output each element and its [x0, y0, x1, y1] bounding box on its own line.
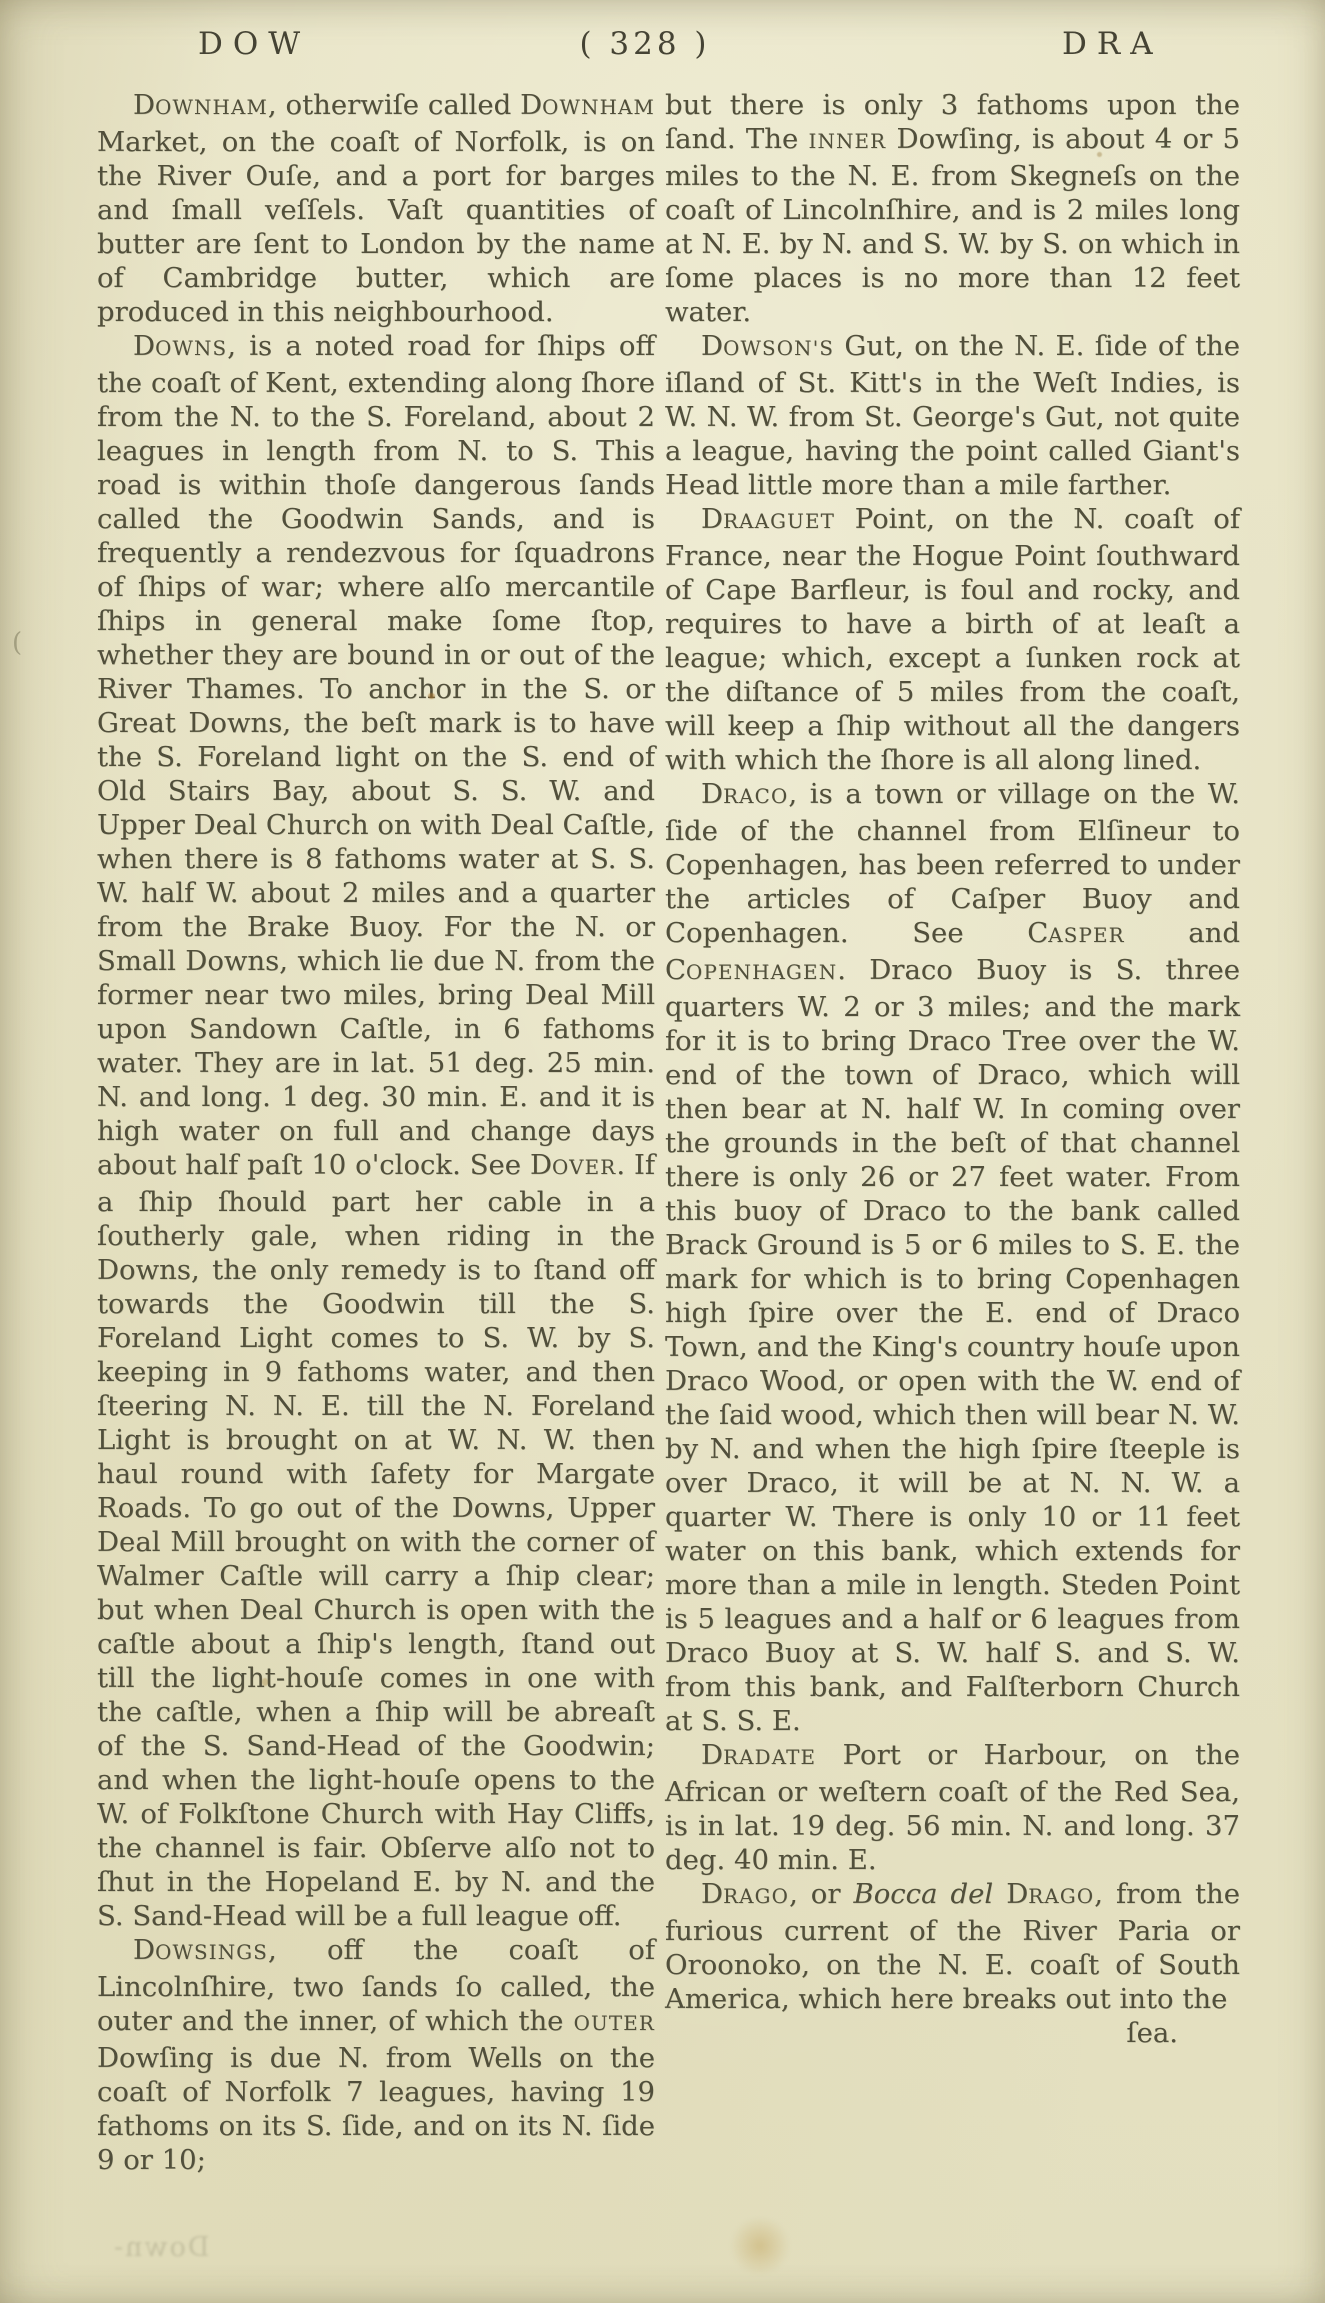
margin-ink-mark: (	[12, 628, 22, 658]
headword: Dowson's	[701, 330, 834, 362]
dictionary-entry: Drago, or Bocca del Drago, from the furi…	[665, 1877, 1240, 2016]
dictionary-entry: Downs, is a noted road for ſhips off the…	[97, 329, 655, 1933]
dictionary-entry: Draco, is a town or village on the W. ſi…	[665, 777, 1240, 1738]
text-column-right: but there is only 3 fathoms upon the ſan…	[665, 88, 1240, 2248]
dictionary-entry: Dowson's Gut, on the N. E. ſide of the i…	[665, 329, 1240, 502]
showthrough-ghost-text: Down-	[112, 2232, 210, 2263]
smallcaps-word: outer	[574, 2012, 655, 2035]
dictionary-entry: Dowsings, off the coaſt of Lincolnſhire,…	[97, 1933, 655, 2177]
running-head: DOW ( 328 ) DRA	[0, 26, 1325, 76]
scanned-book-page: DOW ( 328 ) DRA Downham, otherwiſe calle…	[0, 0, 1325, 2303]
headword: Draco	[701, 778, 788, 810]
dictionary-entry: Dradate Port or Harbour, on the African …	[665, 1738, 1240, 1877]
catchword: ſea.	[665, 2016, 1240, 2050]
headword: Downham	[133, 89, 268, 121]
headword: Dradate	[701, 1739, 816, 1771]
headword: Drago	[701, 1878, 789, 1910]
page-number: ( 328 )	[530, 26, 760, 62]
headword: Dowsings	[133, 1934, 268, 1966]
headword: Draaguet	[701, 503, 835, 535]
running-head-left-catchword: DOW	[198, 26, 310, 62]
headword: Copenhagen	[665, 954, 837, 986]
headword: Downham	[520, 89, 655, 121]
paper-speck	[428, 693, 435, 699]
paper-speck	[262, 1678, 268, 1686]
italic-phrase: Bocca del	[854, 1878, 994, 1910]
dictionary-entry: Draaguet Point, on the N. coaſt of Franc…	[665, 502, 1240, 777]
headword: Downs	[133, 330, 227, 362]
headword: Casper	[1027, 917, 1125, 949]
dictionary-entry: Downham, otherwiſe called Downham Market…	[97, 88, 655, 329]
headword: Dover	[530, 1149, 616, 1181]
entry-continuation: but there is only 3 fathoms upon the ſan…	[665, 88, 1240, 329]
running-head-right-catchword: DRA	[1062, 26, 1163, 62]
paper-stain	[728, 2218, 792, 2274]
smallcaps-word: Inner	[809, 130, 887, 153]
headword: Drago	[1006, 1878, 1094, 1910]
text-column-left: Downham, otherwiſe called Downham Market…	[97, 88, 655, 2248]
paper-speck	[1097, 152, 1102, 157]
